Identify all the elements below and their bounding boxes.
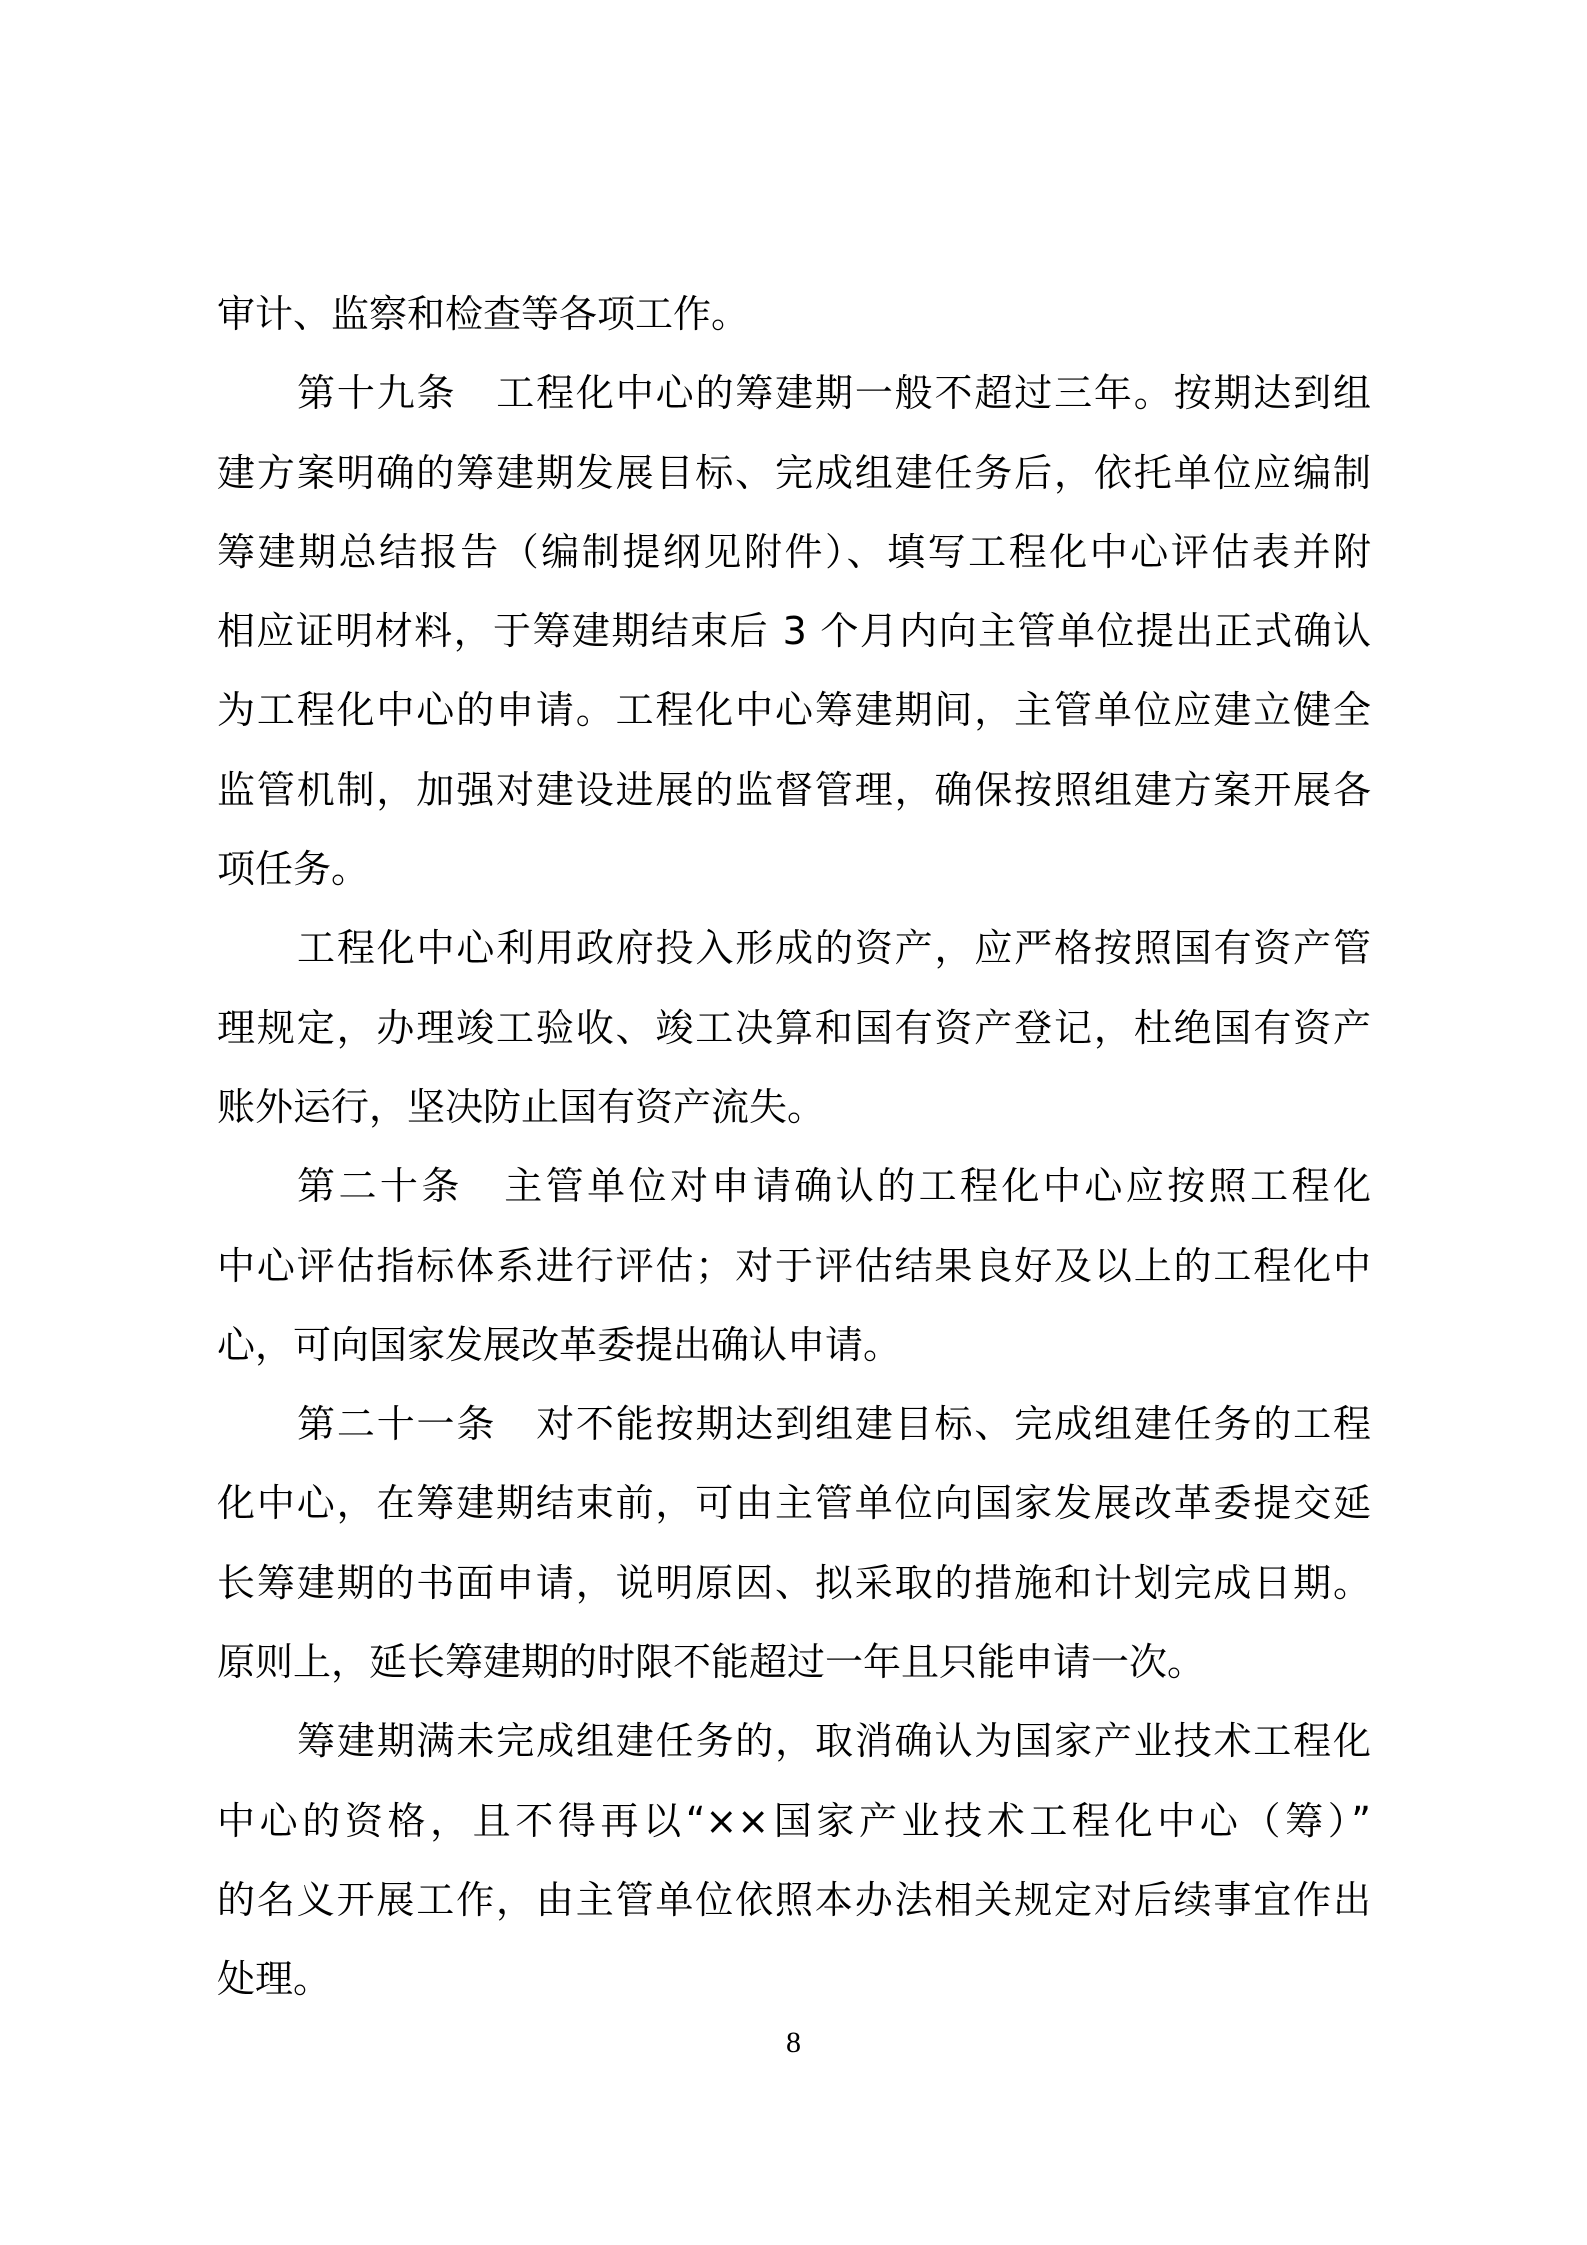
text-line: 原则上，延长筹建期的时限不能超过一年且只能申请一次。 [217,1631,1371,1710]
text-line: 中心评估指标体系进行评估；对于评估结果良好及以上的工程化中 [217,1235,1371,1314]
text-line: 的名义开展工作，由主管单位依照本办法相关规定对后续事宜作出 [217,1869,1371,1948]
text-line: 建方案明确的筹建期发展目标、完成组建任务后，依托单位应编制 [217,442,1371,521]
text-line: 项任务。 [217,838,1371,917]
text-line: 心，可向国家发展改革委提出确认申请。 [217,1314,1371,1393]
text-line: 化中心，在筹建期结束前，可由主管单位向国家发展改革委提交延 [217,1472,1371,1551]
body-text: 审计、监察和检查等各项工作。 第十九条 工程化中心的筹建期一般不超过三年。按期达… [217,283,1371,2028]
paragraph-expiry-line: 筹建期满未完成组建任务的，取消确认为国家产业技术工程化 [217,1710,1371,1789]
text-line: 相应证明材料，于筹建期结束后 3 个月内向主管单位提出正式确认 [217,600,1371,679]
document-page: 审计、监察和检查等各项工作。 第十九条 工程化中心的筹建期一般不超过三年。按期达… [0,0,1587,2245]
article-20-heading-line: 第二十条 主管单位对申请确认的工程化中心应按照工程化 [217,1155,1371,1234]
text-line: 监管机制，加强对建设进展的监督管理，确保按照组建方案开展各 [217,759,1371,838]
page-number: 8 [0,2026,1587,2060]
text-line: 中心的资格，且不得再以“××国家产业技术工程化中心（筹）” [217,1790,1371,1869]
text-line: 长筹建期的书面申请，说明原因、拟采取的措施和计划完成日期。 [217,1552,1371,1631]
text-line: 为工程化中心的申请。工程化中心筹建期间，主管单位应建立健全 [217,679,1371,758]
article-19-heading-line: 第十九条 工程化中心的筹建期一般不超过三年。按期达到组 [217,362,1371,441]
text-line: 账外运行，坚决防止国有资产流失。 [217,1076,1371,1155]
text-line: 审计、监察和检查等各项工作。 [217,283,1371,362]
paragraph-assets-line: 工程化中心利用政府投入形成的资产，应严格按照国有资产管 [217,917,1371,996]
text-line: 筹建期总结报告（编制提纲见附件）、填写工程化中心评估表并附 [217,521,1371,600]
article-21-heading-line: 第二十一条 对不能按期达到组建目标、完成组建任务的工程 [217,1393,1371,1472]
text-line: 理规定，办理竣工验收、竣工决算和国有资产登记，杜绝国有资产 [217,997,1371,1076]
text-line: 处理。 [217,1948,1371,2027]
